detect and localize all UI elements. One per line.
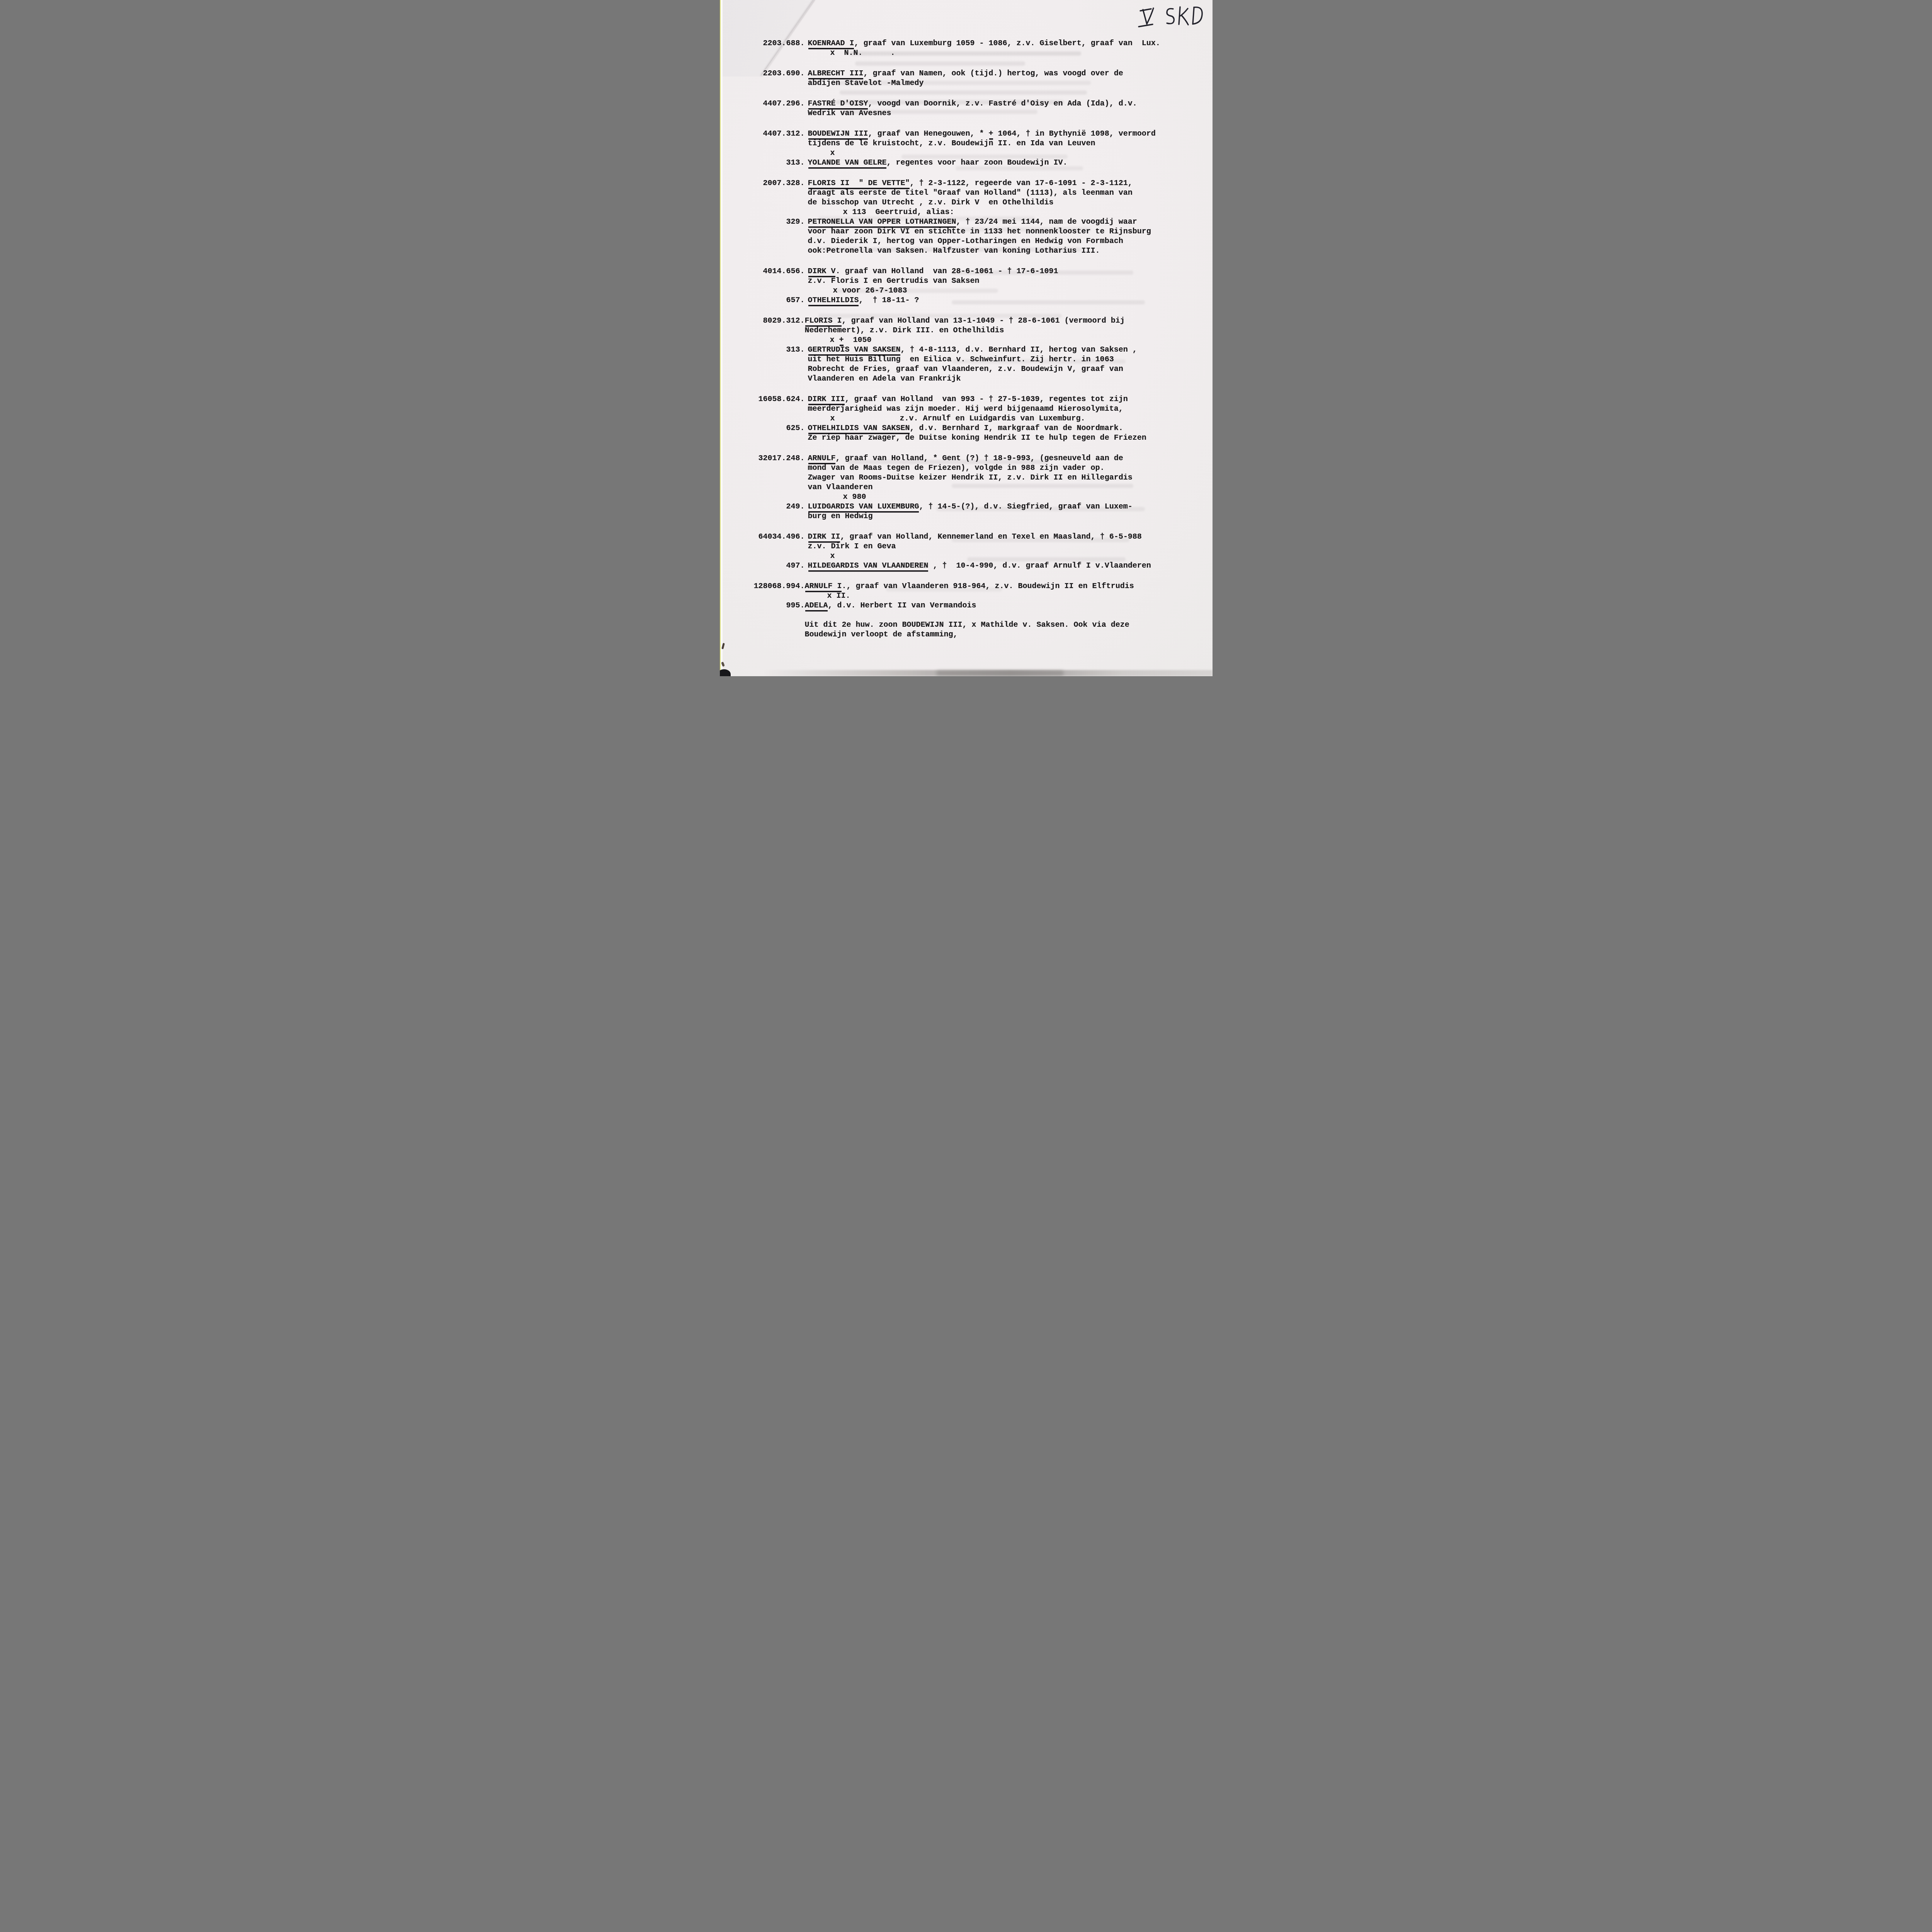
text-segment: x II. bbox=[827, 592, 850, 600]
underlined-name: KOENRAAD I bbox=[808, 39, 854, 48]
genealogy-entry: 2203.690.ALBRECHT III, graaf van Namen, … bbox=[746, 69, 1201, 88]
genealogy-entry: 2007.328.FLORIS II " DE VETTE", † 2-3-11… bbox=[746, 179, 1201, 217]
text-segment: ., graaf van Vlaanderen 918-964, z.v. Bo… bbox=[842, 582, 1134, 591]
ancestor-number: 64034.496. bbox=[746, 532, 805, 542]
entry-line: ook:Petronella van Saksen. Halfzuster va… bbox=[808, 246, 1201, 256]
underlined-name: + bbox=[839, 336, 844, 345]
text-segment: x z.v. Arnulf en Luidgardis van Luxembur… bbox=[830, 414, 1085, 423]
text-segment: burg en Hedwig bbox=[808, 512, 873, 521]
ancestor-number: 249. bbox=[746, 502, 805, 512]
ancestor-number: 329. bbox=[746, 217, 805, 227]
genealogy-entry: 657.OTHELHILDIS, † 18-11- ? bbox=[746, 296, 1201, 305]
underlined-name: OTHELHILDIS bbox=[808, 296, 859, 305]
entry-text: HILDEGARDIS VAN VLAANDEREN , † 10-4-990,… bbox=[808, 561, 1201, 571]
text-segment: x bbox=[830, 552, 835, 561]
text-segment: , graaf van Holland van 993 - † 27-5-103… bbox=[845, 395, 1128, 404]
entry-text: BOUDEWIJN III, graaf van Henegouwen, * +… bbox=[808, 129, 1201, 158]
ancestor-number: 625. bbox=[746, 423, 805, 433]
text-segment: Boudewijn verloopt de afstamming, bbox=[805, 630, 958, 639]
underlined-name: ALBRECHT III bbox=[808, 69, 864, 78]
text-segment: , graaf van Holland, * Gent (?) † 18-9-9… bbox=[836, 454, 1123, 463]
genealogy-entry: 64034.496.DIRK II, graaf van Holland, Ke… bbox=[746, 532, 1201, 561]
entry-text: FLORIS I, graaf van Holland van 13-1-104… bbox=[805, 316, 1201, 345]
text-segment: 1064, † in Bythynië 1098, vermoord bbox=[993, 129, 1156, 138]
entry-line: DIRK III, graaf van Holland van 993 - † … bbox=[808, 395, 1201, 404]
genealogy-entry: 329.PETRONELLA VAN OPPER LOTHARINGEN, † … bbox=[746, 217, 1201, 256]
entry-line: x N.N. . bbox=[808, 48, 1201, 58]
entry-line: Robrecht de Fries, graaf van Vlaanderen,… bbox=[808, 364, 1201, 374]
text-segment: Zwager van Rooms-Duitse keizer Hendrik I… bbox=[808, 473, 1133, 482]
entry-text: LUIDGARDIS VAN LUXEMBURG, † 14-5-(?), d.… bbox=[808, 502, 1201, 521]
entry-line: FLORIS II " DE VETTE", † 2-3-1122, regee… bbox=[808, 179, 1201, 188]
entry-text: GERTRUDIS VAN SAKSEN, † 4-8-1113, d.v. B… bbox=[808, 345, 1201, 384]
entry-line: Boudewijn verloopt de afstamming, bbox=[805, 630, 1201, 639]
underlined-name: ARNULF I bbox=[805, 582, 842, 591]
entry-line: FLORIS I, graaf van Holland van 13-1-104… bbox=[805, 316, 1201, 326]
text-segment: x 980 bbox=[843, 493, 866, 502]
entry-line: draagt als eerste de titel "Graaf van Ho… bbox=[808, 188, 1201, 198]
entry-line: z.v. Floris I en Gertrudis van Saksen bbox=[808, 276, 1201, 286]
text-segment: . graaf van Holland van 28-6-1061 - † 17… bbox=[836, 267, 1058, 276]
ancestor-number: 313. bbox=[746, 345, 805, 355]
entry-line: x + 1050 bbox=[805, 335, 1201, 345]
genealogy-entry: 4407.312.BOUDEWIJN III, graaf van Henego… bbox=[746, 129, 1201, 158]
entry-line: OTHELHILDIS VAN SAKSEN, d.v. Bernhard I,… bbox=[808, 423, 1201, 433]
entry-text: PETRONELLA VAN OPPER LOTHARINGEN, † 23/2… bbox=[808, 217, 1201, 256]
ancestor-number: 4407.296. bbox=[746, 99, 805, 109]
text-segment: z.v. Dirk I en Geva bbox=[808, 542, 896, 551]
text-segment: , † 2-3-1122, regeerde van 17-6-1091 - 2… bbox=[910, 179, 1133, 188]
entry-text: OTHELHILDIS, † 18-11- ? bbox=[808, 296, 1201, 305]
text-segment: , d.v. Herbert II van Vermandois bbox=[828, 601, 976, 610]
underlined-name: YOLANDE VAN GELRE bbox=[808, 158, 887, 167]
entry-line: abdijen Stavelot -Malmedy bbox=[808, 78, 1201, 88]
entry-line: DIRK II, graaf van Holland, Kennemerland… bbox=[808, 532, 1201, 542]
genealogy-entry: 8029.312.FLORIS I, graaf van Holland van… bbox=[746, 316, 1201, 345]
underlined-name: FASTRÉ D'OISY bbox=[808, 99, 868, 108]
entry-text: DIRK II, graaf van Holland, Kennemerland… bbox=[808, 532, 1201, 561]
ancestor-number: 657. bbox=[746, 296, 805, 305]
entry-text: YOLANDE VAN GELRE, regentes voor haar zo… bbox=[808, 158, 1201, 168]
underlined-name: ARNULF bbox=[808, 454, 836, 463]
text-segment: , † 23/24 mei 1144, nam de voogdij waar bbox=[956, 218, 1137, 226]
scan-corner-shadow bbox=[720, 669, 731, 676]
entry-line: ADELA, d.v. Herbert II van Vermandois bbox=[805, 601, 1201, 611]
text-segment: , graaf van Henegouwen, * bbox=[868, 129, 989, 138]
text-segment: , † 10-4-990, d.v. graaf Arnulf I v.Vlaa… bbox=[929, 561, 1151, 570]
text-segment: voor haar zoon Dirk VI en stichtte in 11… bbox=[808, 227, 1151, 236]
entry-line: tijdens de le kruistocht, z.v. Boudewijn… bbox=[808, 139, 1201, 148]
text-segment: , graaf van Namen, ook (tijd.) hertog, w… bbox=[864, 69, 1123, 78]
ancestor-number: 128068.994. bbox=[746, 582, 805, 591]
text-segment: Wedrik van Avesnes bbox=[808, 109, 891, 118]
entry-line: KOENRAAD I, graaf van Luxemburg 1059 - 1… bbox=[808, 39, 1201, 48]
genealogy-entry: 2203.688.KOENRAAD I, graaf van Luxemburg… bbox=[746, 39, 1201, 58]
entry-line: Nederhemert), z.v. Dirk III. en Othelhil… bbox=[805, 326, 1201, 335]
genealogy-entry: 4407.296.FASTRÉ D'OISY, voogd van Doorni… bbox=[746, 99, 1201, 118]
underlined-name: LUIDGARDIS VAN LUXEMBURG bbox=[808, 502, 919, 511]
text-segment: de bisschop van Utrecht , z.v. Dirk V en… bbox=[808, 198, 1054, 207]
underlined-name: GERTRUDIS VAN SAKSEN bbox=[808, 345, 901, 354]
underlined-name: DIRK II bbox=[808, 532, 840, 541]
genealogy-entry: 4014.656.DIRK V. graaf van Holland van 2… bbox=[746, 267, 1201, 296]
underlined-name: ADELA bbox=[805, 601, 828, 610]
entry-line: x 113 Geertruid, alias: bbox=[808, 207, 1201, 217]
entry-line: van Vlaanderen bbox=[808, 483, 1201, 492]
underlined-name: + bbox=[989, 129, 993, 138]
text-segment: meerderjarigheid was zijn moeder. Hij we… bbox=[808, 405, 1123, 413]
entry-line: OTHELHILDIS, † 18-11- ? bbox=[808, 296, 1201, 305]
entry-line: GERTRUDIS VAN SAKSEN, † 4-8-1113, d.v. B… bbox=[808, 345, 1201, 355]
genealogy-entry: 497.HILDEGARDIS VAN VLAANDEREN , † 10-4-… bbox=[746, 561, 1201, 571]
entry-line: Zwager van Rooms-Duitse keizer Hendrik I… bbox=[808, 473, 1201, 483]
text-segment: x N.N. . bbox=[830, 49, 895, 58]
entry-line: z.v. Dirk I en Geva bbox=[808, 542, 1201, 551]
genealogy-entry: 313.GERTRUDIS VAN SAKSEN, † 4-8-1113, d.… bbox=[746, 345, 1201, 384]
text-segment: van Vlaanderen bbox=[808, 483, 873, 492]
underlined-name: FLORIS I bbox=[805, 316, 842, 325]
ancestor-number: 497. bbox=[746, 561, 805, 571]
entry-line: d.v. Diederik I, hertog van Opper-Lothar… bbox=[808, 236, 1201, 246]
text-segment: ook:Petronella van Saksen. Halfzuster va… bbox=[808, 247, 1100, 255]
text-segment: uit het Huis Billung en Eilica v. Schwei… bbox=[808, 355, 1114, 364]
text-segment: abdijen Stavelot -Malmedy bbox=[808, 79, 924, 88]
ancestor-number: 4014.656. bbox=[746, 267, 805, 276]
entry-line: voor haar zoon Dirk VI en stichtte in 11… bbox=[808, 227, 1201, 236]
entry-line: meerderjarigheid was zijn moeder. Hij we… bbox=[808, 404, 1201, 414]
text-segment: x voor 26-7-1083 bbox=[833, 286, 907, 295]
entry-line: mond van de Maas tegen de Friezen), volg… bbox=[808, 463, 1201, 473]
text-segment: draagt als eerste de titel "Graaf van Ho… bbox=[808, 189, 1133, 197]
text-segment: , † 18-11- ? bbox=[859, 296, 919, 305]
underlined-name: PETRONELLA VAN OPPER LOTHARINGEN bbox=[808, 218, 956, 226]
entry-line: Wedrik van Avesnes bbox=[808, 109, 1201, 118]
entry-text: ARNULF I., graaf van Vlaanderen 918-964,… bbox=[805, 582, 1201, 601]
text-segment: x 113 Geertruid, alias: bbox=[843, 208, 954, 217]
text-segment: Robrecht de Fries, graaf van Vlaanderen,… bbox=[808, 365, 1123, 374]
entry-line: ARNULF I., graaf van Vlaanderen 918-964,… bbox=[805, 582, 1201, 591]
text-segment: x bbox=[830, 149, 835, 158]
entry-line: de bisschop van Utrecht , z.v. Dirk V en… bbox=[808, 198, 1201, 207]
genealogy-entry: 16058.624.DIRK III, graaf van Holland va… bbox=[746, 395, 1201, 423]
genealogy-entry: 313.YOLANDE VAN GELRE, regentes voor haa… bbox=[746, 158, 1201, 168]
text-segment: Uit dit 2e huw. zoon BOUDEWIJN III, x Ma… bbox=[805, 621, 1129, 629]
underlined-name: BOUDEWIJN III bbox=[808, 129, 868, 138]
text-segment: , d.v. Bernhard I, markgraaf van de Noor… bbox=[910, 424, 1123, 433]
entry-text: ALBRECHT III, graaf van Namen, ook (tijd… bbox=[808, 69, 1201, 88]
entry-line: x bbox=[808, 148, 1201, 158]
entry-line: uit het Huis Billung en Eilica v. Schwei… bbox=[808, 355, 1201, 364]
text-segment: x bbox=[830, 336, 839, 345]
text-segment: , regentes voor haar zoon Boudewijn IV. bbox=[887, 158, 1068, 167]
scan-bottom-smudge bbox=[936, 671, 1064, 675]
entry-line: Uit dit 2e huw. zoon BOUDEWIJN III, x Ma… bbox=[805, 620, 1201, 630]
underlined-name: OTHELHILDIS VAN SAKSEN bbox=[808, 424, 910, 433]
genealogy-entry: 625.OTHELHILDIS VAN SAKSEN, d.v. Bernhar… bbox=[746, 423, 1201, 443]
entry-text: FASTRÉ D'OISY, voogd van Doornik, z.v. F… bbox=[808, 99, 1201, 118]
ancestor-number: 32017.248. bbox=[746, 454, 805, 463]
text-segment: Vlaanderen en Adela van Frankrijk bbox=[808, 374, 961, 383]
entry-text: DIRK III, graaf van Holland van 993 - † … bbox=[808, 395, 1201, 423]
text-segment: , graaf van Holland, Kennemerland en Tex… bbox=[840, 532, 1142, 541]
entry-line: x z.v. Arnulf en Luidgardis van Luxembur… bbox=[808, 414, 1201, 423]
entry-line: YOLANDE VAN GELRE, regentes voor haar zo… bbox=[808, 158, 1201, 168]
entry-line: Vlaanderen en Adela van Frankrijk bbox=[808, 374, 1201, 384]
genealogy-entry: 995.ADELA, d.v. Herbert II van Vermandoi… bbox=[746, 601, 1201, 639]
underlined-name: FLORIS II " DE VETTE" bbox=[808, 179, 910, 188]
ancestor-number: 2203.690. bbox=[746, 69, 805, 78]
entry-line: FASTRÉ D'OISY, voogd van Doornik, z.v. F… bbox=[808, 99, 1201, 109]
entry-line: ALBRECHT III, graaf van Namen, ook (tijd… bbox=[808, 69, 1201, 78]
genealogy-entry: 128068.994.ARNULF I., graaf van Vlaander… bbox=[746, 582, 1201, 601]
ancestor-number: 313. bbox=[746, 158, 805, 168]
entry-line: x II. bbox=[805, 591, 1201, 601]
text-segment: , graaf van Luxemburg 1059 - 1086, z.v. … bbox=[854, 39, 1160, 48]
text-segment: Nederhemert), z.v. Dirk III. en Othelhil… bbox=[805, 326, 1004, 335]
genealogy-entries: 2203.688.KOENRAAD I, graaf van Luxemburg… bbox=[720, 0, 1213, 639]
text-segment: d.v. Diederik I, hertog van Opper-Lothar… bbox=[808, 237, 1123, 246]
text-segment: , † 4-8-1113, d.v. Bernhard II, hertog v… bbox=[901, 345, 1137, 354]
entry-text: FLORIS II " DE VETTE", † 2-3-1122, regee… bbox=[808, 179, 1201, 217]
entry-line: DIRK V. graaf van Holland van 28-6-1061 … bbox=[808, 267, 1201, 276]
text-segment: tijdens de le kruistocht, z.v. Boudewijn… bbox=[808, 139, 1095, 148]
entry-line: burg en Hedwig bbox=[808, 512, 1201, 521]
text-segment: Ze riep haar zwager, de Duitse koning He… bbox=[808, 434, 1146, 442]
underlined-name: DIRK III bbox=[808, 395, 845, 404]
text-segment: , † 14-5-(?), d.v. Siegfried, graaf van … bbox=[919, 502, 1133, 511]
underlined-name: HILDEGARDIS VAN VLAANDEREN bbox=[808, 561, 929, 570]
ancestor-number: 2007.328. bbox=[746, 179, 805, 188]
entry-text: OTHELHILDIS VAN SAKSEN, d.v. Bernhard I,… bbox=[808, 423, 1201, 443]
ancestor-number: 995. bbox=[746, 601, 805, 611]
entry-line: ARNULF, graaf van Holland, * Gent (?) † … bbox=[808, 454, 1201, 463]
entry-line: PETRONELLA VAN OPPER LOTHARINGEN, † 23/2… bbox=[808, 217, 1201, 227]
underlined-name: DIRK V bbox=[808, 267, 836, 276]
text-segment: 1050 bbox=[844, 336, 872, 345]
entry-line: x 980 bbox=[808, 492, 1201, 502]
ancestor-number: 16058.624. bbox=[746, 395, 805, 404]
ancestor-number: 4407.312. bbox=[746, 129, 805, 139]
genealogy-entry: 249.LUIDGARDIS VAN LUXEMBURG, † 14-5-(?)… bbox=[746, 502, 1201, 521]
entry-line: Ze riep haar zwager, de Duitse koning He… bbox=[808, 433, 1201, 443]
entry-line: HILDEGARDIS VAN VLAANDEREN , † 10-4-990,… bbox=[808, 561, 1201, 571]
entry-text: ADELA, d.v. Herbert II van VermandoisUit… bbox=[805, 601, 1201, 639]
text-segment: , voogd van Doornik, z.v. Fastré d'Oisy … bbox=[868, 99, 1137, 108]
text-segment: , graaf van Holland van 13-1-1049 - † 28… bbox=[842, 316, 1125, 325]
entry-text: ARNULF, graaf van Holland, * Gent (?) † … bbox=[808, 454, 1201, 502]
entry-line: BOUDEWIJN III, graaf van Henegouwen, * +… bbox=[808, 129, 1201, 139]
entry-text: DIRK V. graaf van Holland van 28-6-1061 … bbox=[808, 267, 1201, 296]
text-segment: mond van de Maas tegen de Friezen), volg… bbox=[808, 464, 1105, 473]
genealogy-entry: 32017.248.ARNULF, graaf van Holland, * G… bbox=[746, 454, 1201, 502]
entry-line: LUIDGARDIS VAN LUXEMBURG, † 14-5-(?), d.… bbox=[808, 502, 1201, 512]
ancestor-number: 8029.312. bbox=[746, 316, 805, 326]
text-segment: z.v. Floris I en Gertrudis van Saksen bbox=[808, 277, 980, 286]
entry-line: x voor 26-7-1083 bbox=[808, 286, 1201, 296]
entry-text: KOENRAAD I, graaf van Luxemburg 1059 - 1… bbox=[808, 39, 1201, 58]
ancestor-number: 2203.688. bbox=[746, 39, 805, 48]
scanned-document-page: V SKD 2203.688.KOENRAAD I, graaf van Lux… bbox=[720, 0, 1213, 676]
entry-line: x bbox=[808, 551, 1201, 561]
